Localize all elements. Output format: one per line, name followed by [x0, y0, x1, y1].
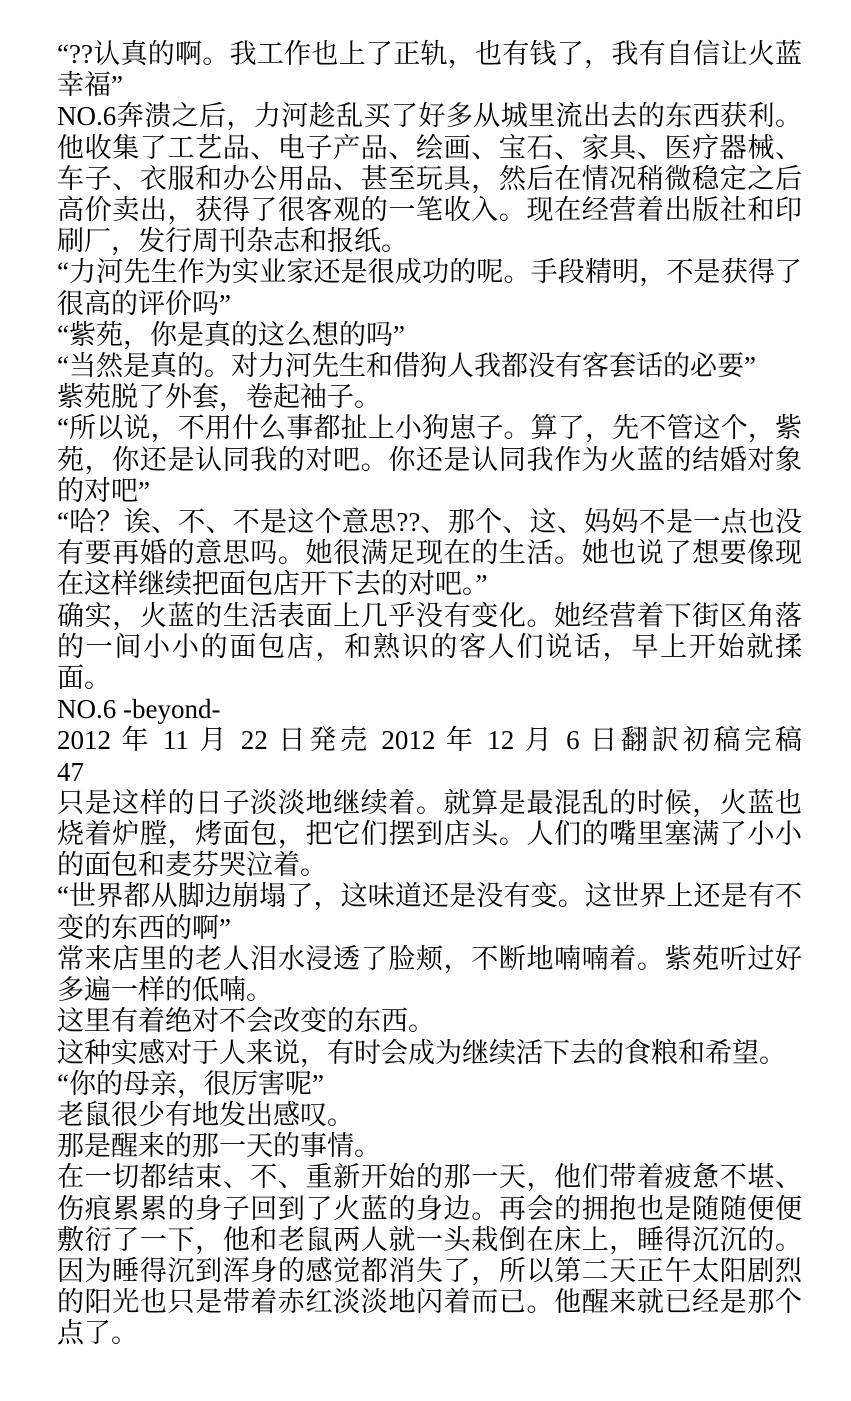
narration-paragraph: 老鼠很少有地发出感叹。 [57, 1100, 802, 1131]
dialogue-paragraph: “力河先生作为实业家还是很成功的呢。手段精明，不是获得了很高的评价吗” [57, 257, 802, 319]
dialogue-paragraph: “你的母亲，很厉害呢” [57, 1069, 802, 1100]
dialogue-paragraph: “世界都从脚边崩塌了，这味道还是没有变。这世界上还是有不变的东西的啊” [57, 881, 802, 943]
dialogue-paragraph: “所以说，不用什么事都扯上小狗崽子。算了，先不管这个，紫苑，你还是认同我的对吧。… [57, 413, 802, 507]
narration-paragraph: 在一切都结束、不、重新开始的那一天，他们带着疲惫不堪、伤痕累累的身子回到了火蓝的… [57, 1162, 802, 1349]
dialogue-paragraph: “哈？诶、不、不是这个意思??、那个、这、妈妈不是一点也没有要再婚的意思吗。她很… [57, 507, 802, 601]
dialogue-paragraph: “紫苑，你是真的这么想的吗” [57, 320, 802, 351]
narration-paragraph: 确实，火蓝的生活表面上几乎没有变化。她经营着下街区角落的一间小小的面包店，和熟识… [57, 601, 802, 695]
document-page: “??认真的啊。我工作也上了正轨，也有钱了，我有自信让火蓝幸福” NO.6奔溃之… [0, 0, 802, 1350]
page-number: 47 [57, 757, 802, 788]
dialogue-paragraph: “当然是真的。对力河先生和借狗人我都没有客套话的必要” [57, 351, 802, 382]
narration-paragraph: 这种实感对于人来说，有时会成为继续活下去的食粮和希望。 [57, 1038, 802, 1069]
narration-paragraph: 只是这样的日子淡淡地继续着。就算是最混乱的时候，火蓝也烧着炉膛，烤面包，把它们摆… [57, 788, 802, 882]
section-title: NO.6 -beyond- [57, 694, 802, 725]
narration-paragraph: 那是醒来的那一天的事情。 [57, 1131, 802, 1162]
dialogue-paragraph: “??认真的啊。我工作也上了正轨，也有钱了，我有自信让火蓝幸福” [57, 39, 802, 101]
narration-paragraph: NO.6奔溃之后，力河趁乱买了好多从城里流出去的东西获利。他收集了工艺品、电子产… [57, 101, 802, 257]
narration-paragraph: 常来店里的老人泪水浸透了脸颊，不断地喃喃着。紫苑听过好多遍一样的低喃。 [57, 944, 802, 1006]
narration-paragraph: 紫苑脱了外套，卷起袖子。 [57, 382, 802, 413]
narration-paragraph: 这里有着绝对不会改变的东西。 [57, 1006, 802, 1037]
release-info-line: 2012 年 11 月 22 日発売 2012 年 12 月 6 日翻訳初稿完稿 [57, 725, 802, 756]
